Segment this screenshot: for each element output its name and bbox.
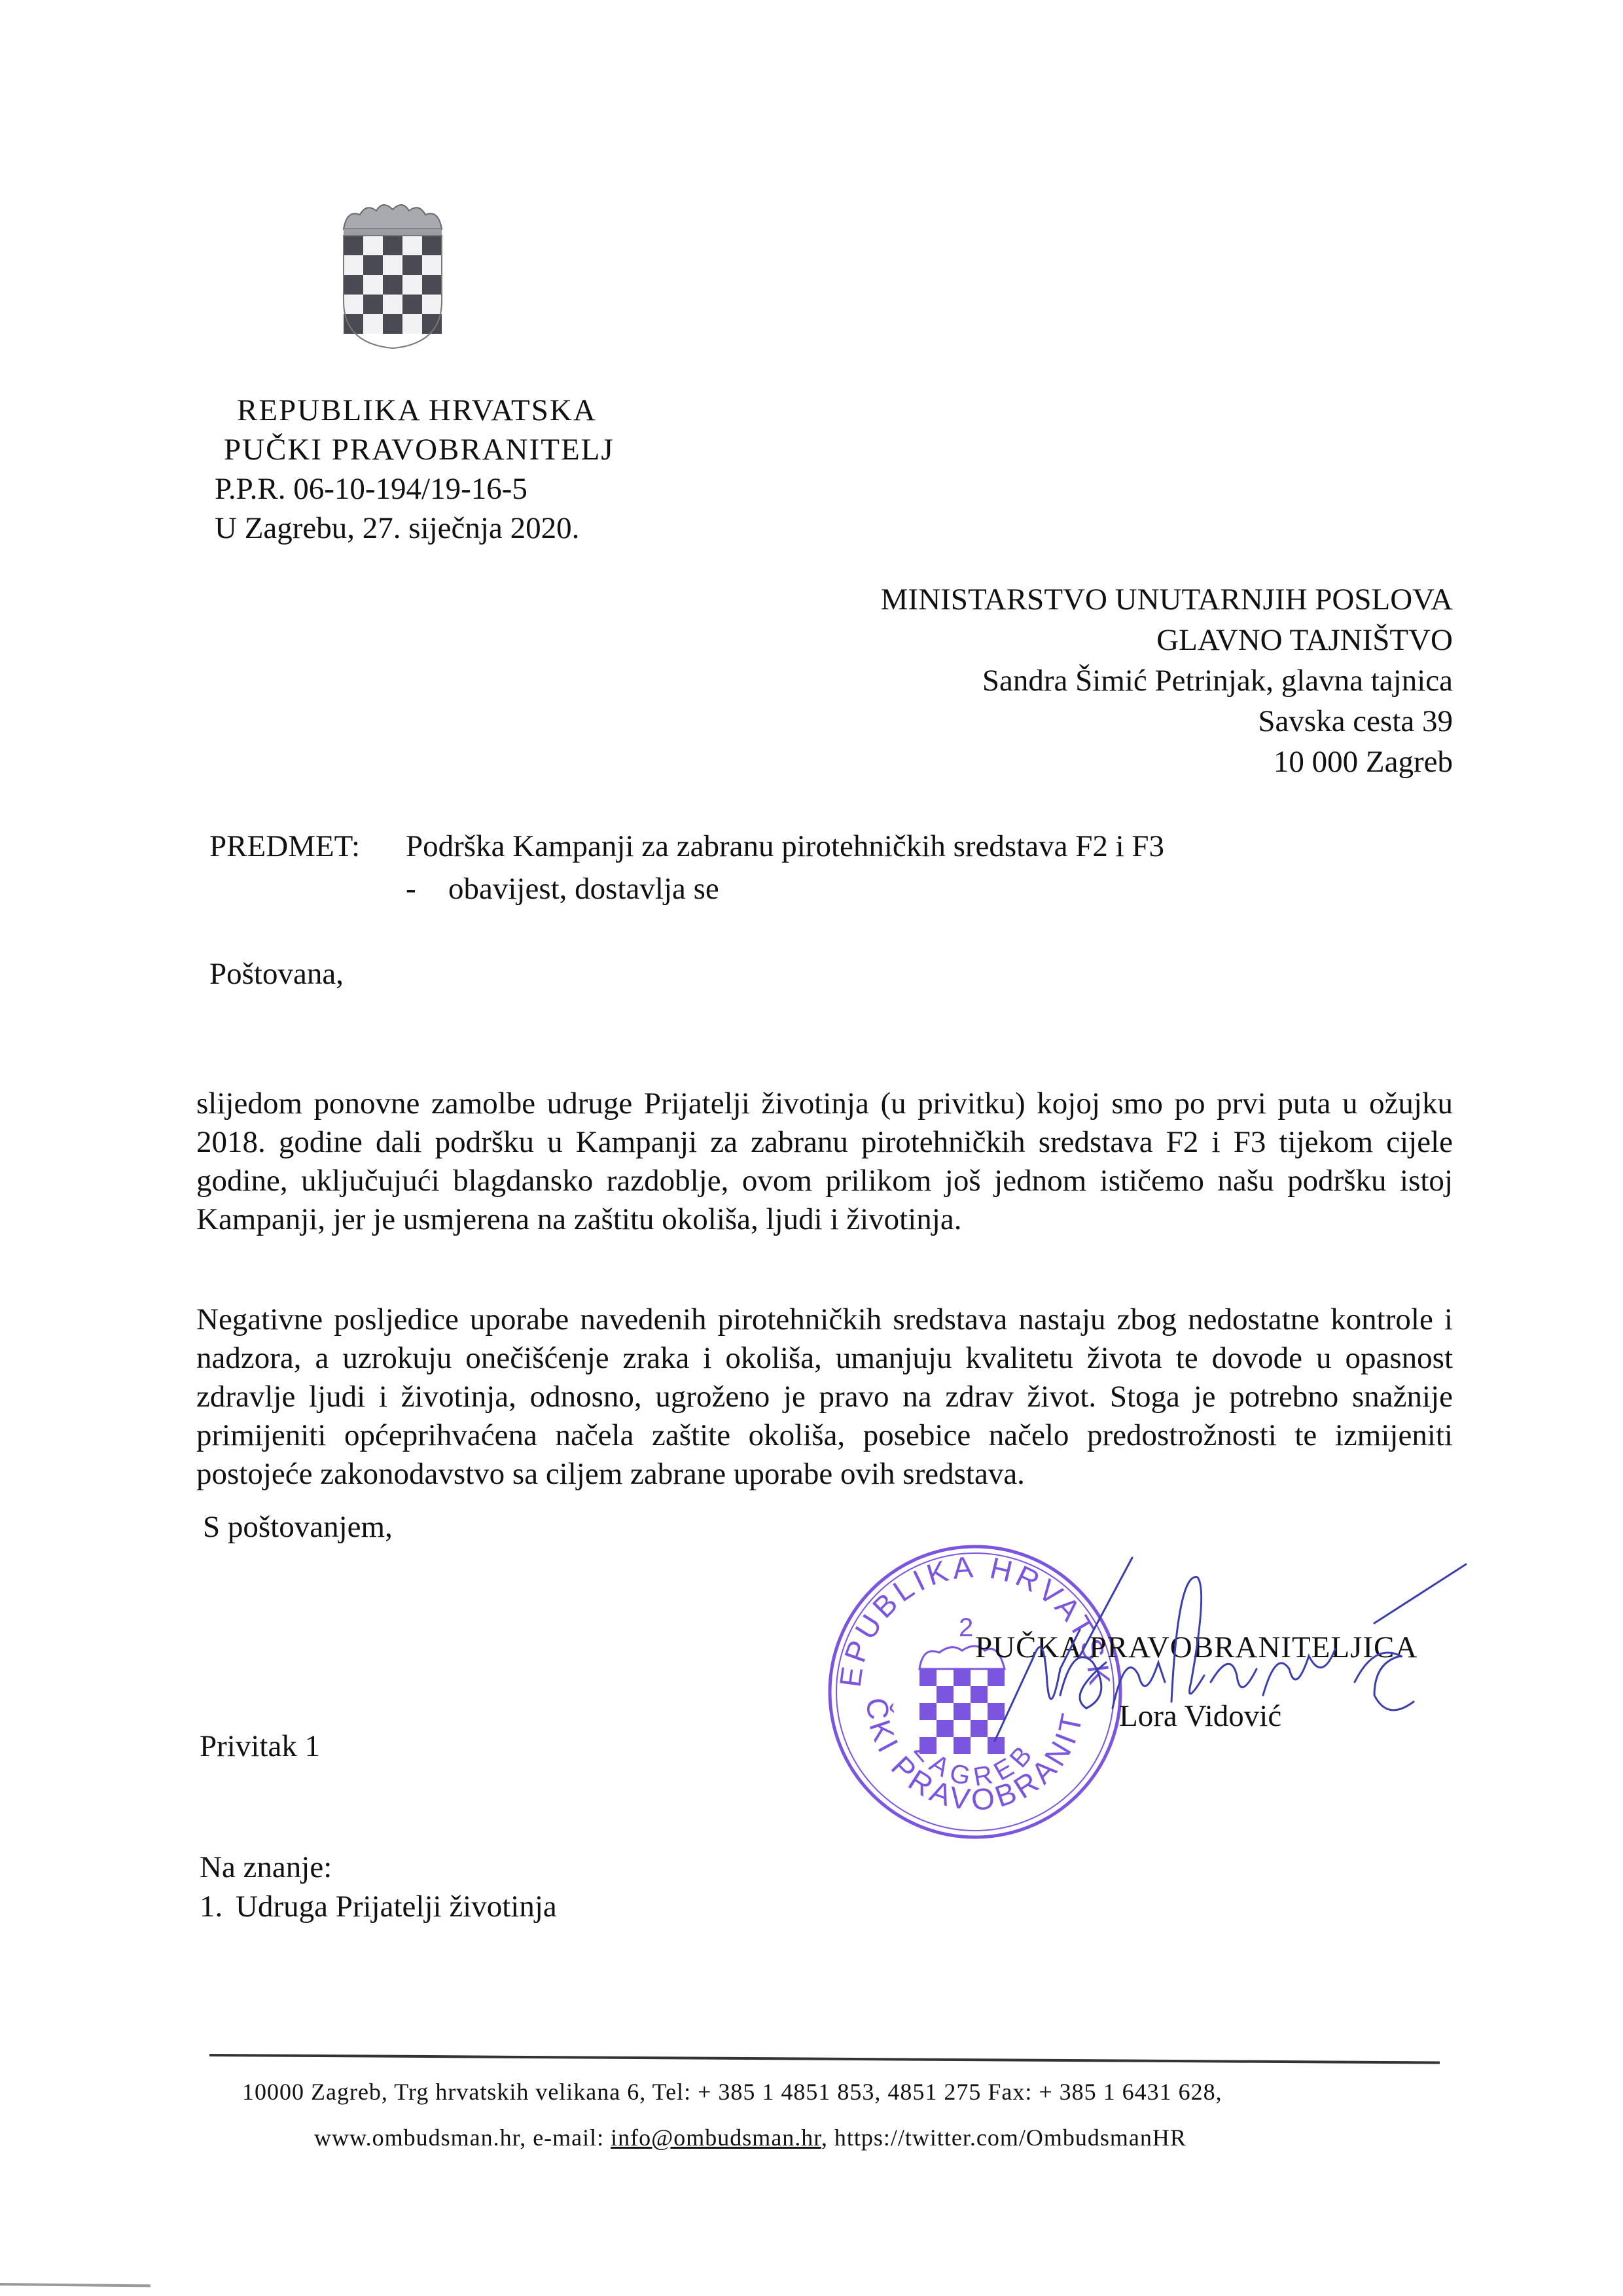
footer-contacts: www.ombudsman.hr, e-mail: info@ombudsman… [314,2124,1186,2151]
website-link[interactable]: www.ombudsman.hr [314,2125,520,2151]
recipient-block: MINISTARSTVO UNUTARNJIH POSLOVA GLAVNO T… [881,579,1453,782]
footer-divider [209,2054,1440,2064]
recipient-line: Savska cesta 39 [881,701,1453,742]
recipient-line: 10 000 Zagreb [881,742,1453,782]
email-label: , e-mail: [520,2125,611,2151]
attachment-note: Privitak 1 [200,1731,320,1762]
cc-item: Udruga Prijatelji životinja [236,1892,557,1922]
email-link[interactable]: info@ombudsman.hr [611,2125,821,2151]
separator: , [821,2125,834,2151]
cc-item-number: 1. [200,1892,223,1922]
cc-label: Na znanje: [200,1852,332,1883]
recipient-line: MINISTARSTVO UNUTARNJIH POSLOVA [881,579,1453,620]
reference-number: P.P.R. 06-10-194/19-16-5 [215,471,527,507]
body-paragraph: slijedom ponovne zamolbe udruge Prijatel… [196,1085,1453,1239]
body-paragraph: Negativne posljedice uporabe navedenih p… [196,1300,1453,1494]
recipient-line: GLAVNO TAJNIŠTVO [881,620,1453,660]
footer-address: 10000 Zagreb, Trg hrvatskih velikana 6, … [242,2078,1222,2106]
sender-institution: PUČKI PRAVOBRANITELJ [224,432,615,467]
closing: S poštovanjem, [203,1512,393,1543]
twitter-link[interactable]: https://twitter.com/OmbudsmanHR [834,2125,1186,2151]
subject-dash: - [406,874,416,905]
scan-edge [0,2283,151,2287]
subject-text: Podrška Kampanji za zabranu pirotehnički… [406,831,1164,862]
sender-country: REPUBLIKA HRVATSKA [237,393,597,428]
salutation: Poštovana, [209,959,344,990]
recipient-line: Sandra Šimić Petrinjak, glavna tajnica [881,660,1453,701]
subject-subtext: obavijest, dostavlja se [448,874,719,905]
svg-text:2: 2 [959,1613,973,1642]
place-date: U Zagrebu, 27. siječnja 2020. [215,511,579,546]
coat-of-arms-icon [330,196,455,353]
handwritten-signature-icon [982,1551,1479,1748]
subject-label: PREDMET: [209,831,360,862]
